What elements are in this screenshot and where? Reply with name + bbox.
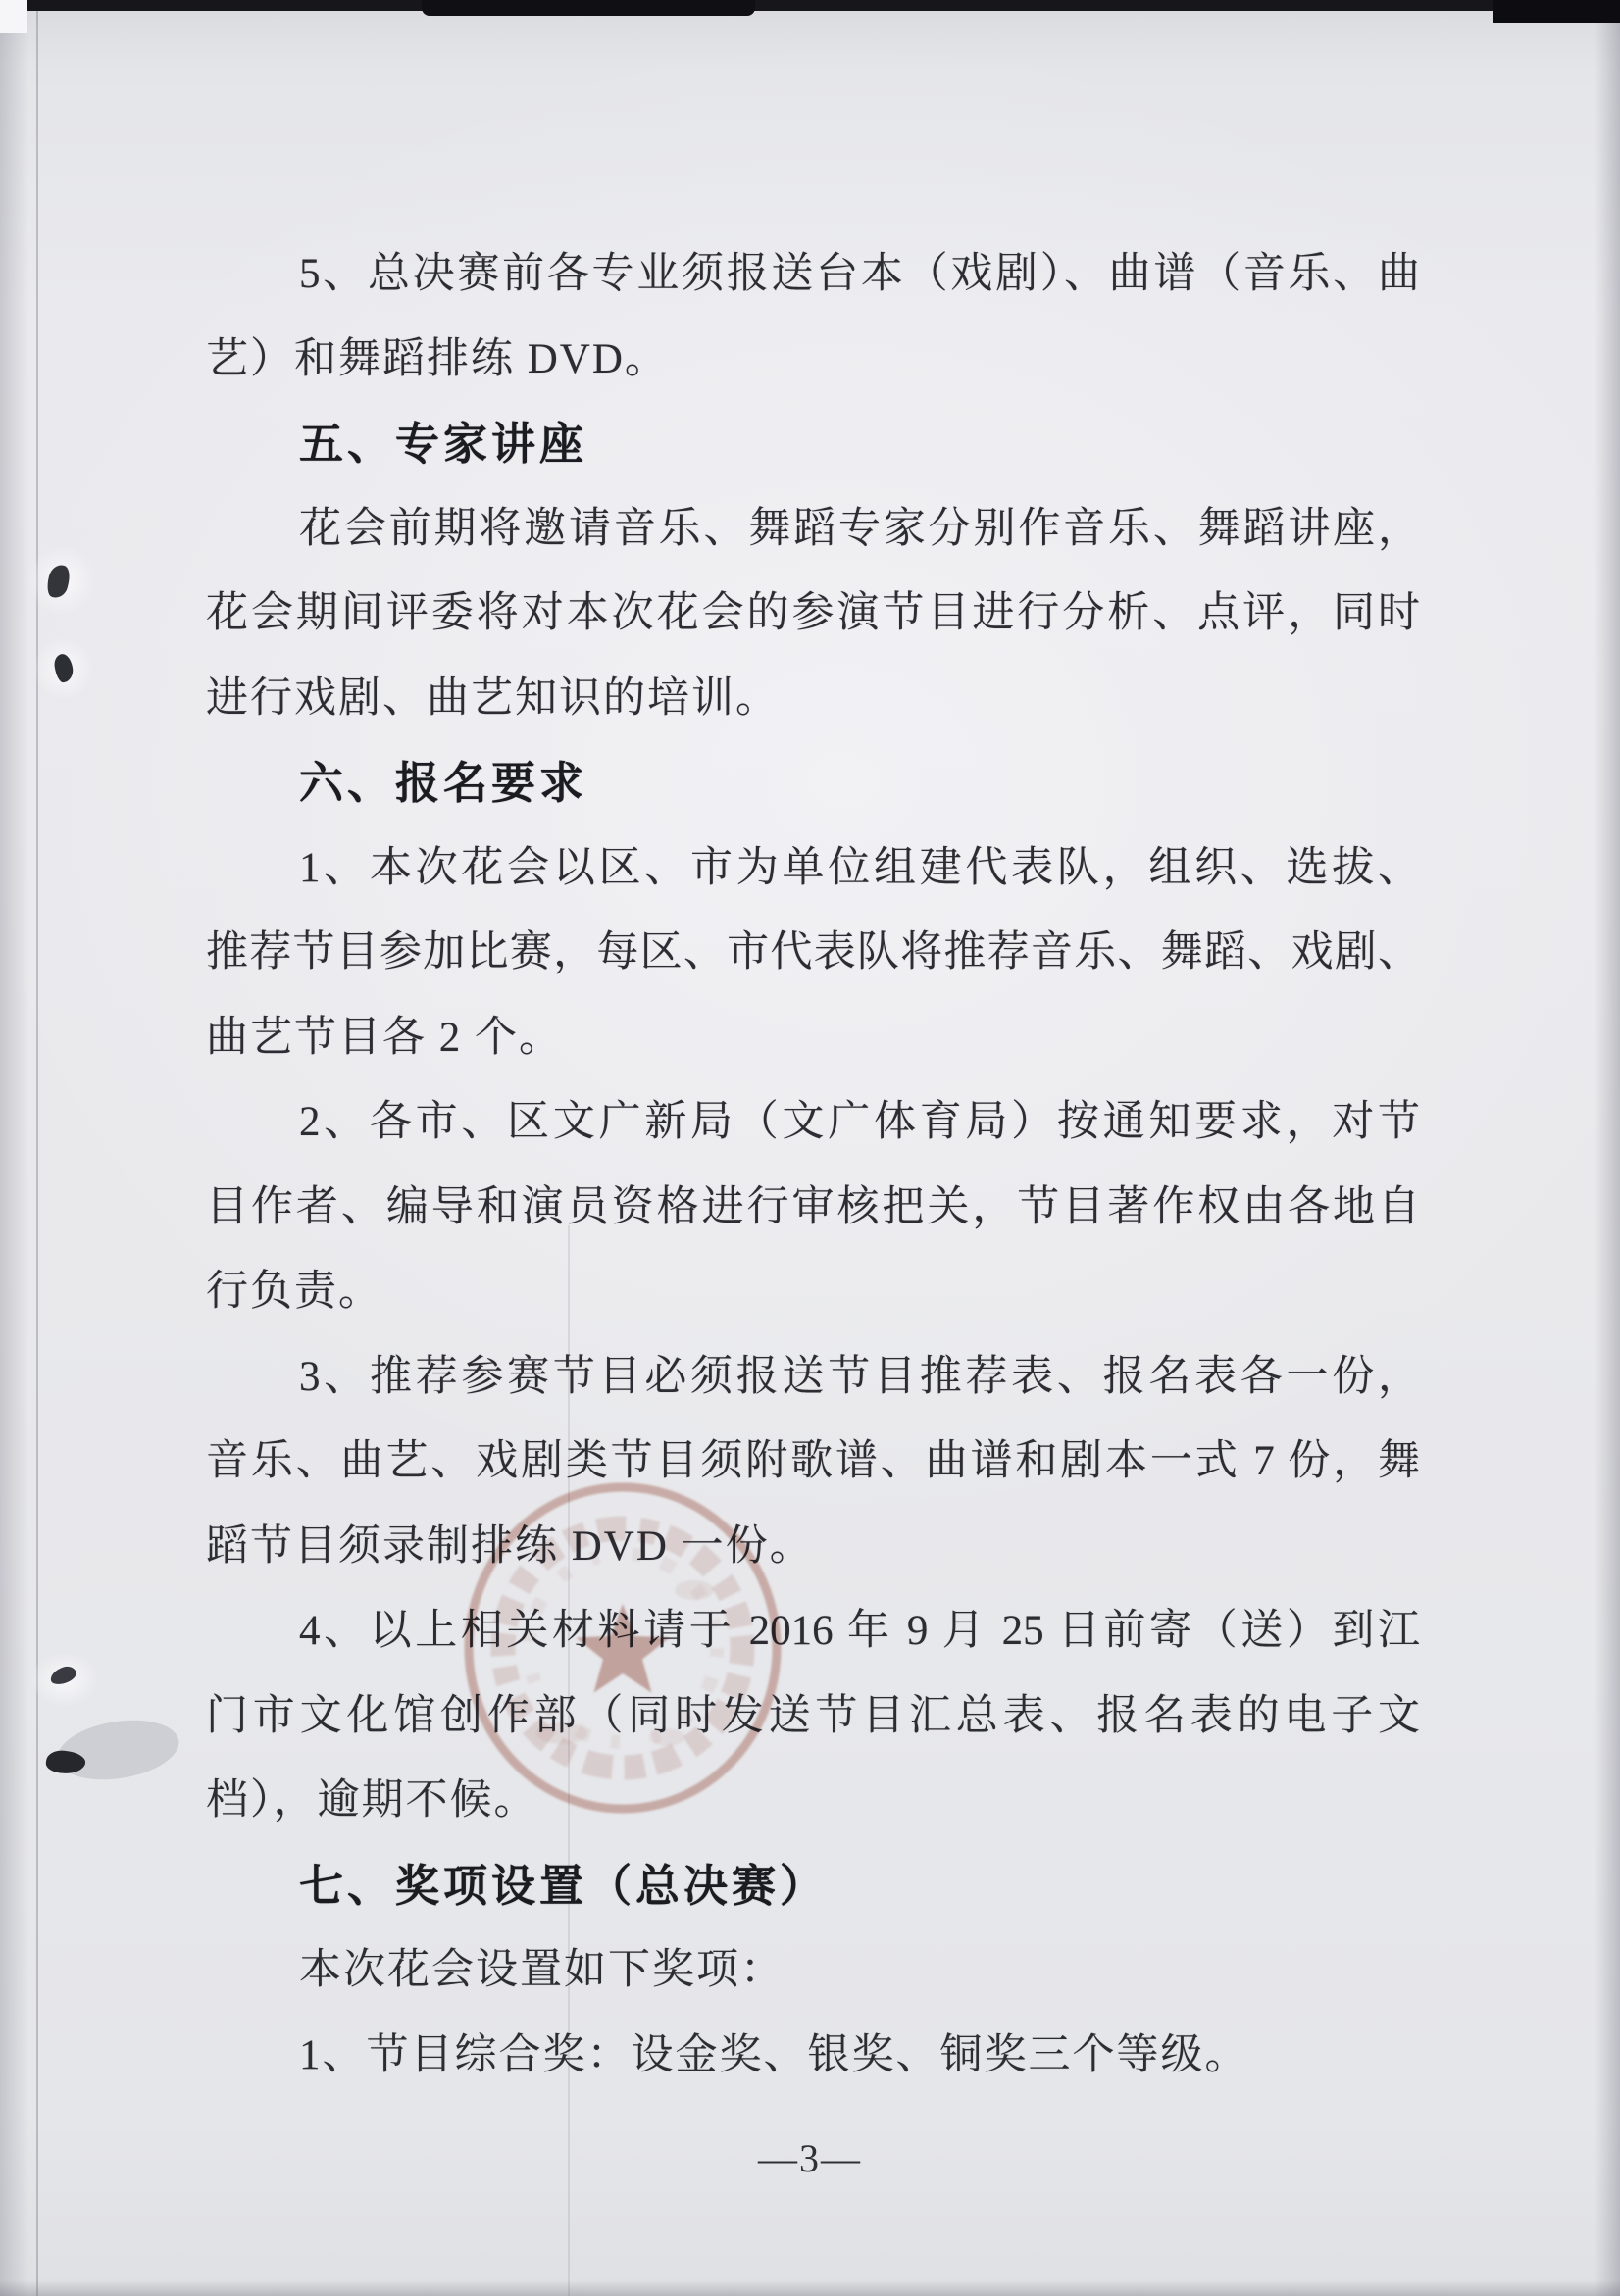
text-line: 推荐节目参加比赛，每区、市代表队将推荐音乐、舞蹈、戏剧、 (206, 923, 1420, 984)
text-line: 艺）和舞蹈排练 DVD。 (206, 330, 1420, 391)
text-line: 1、节目综合奖：设金奖、银奖、铜奖三个等级。 (206, 2026, 1420, 2087)
text-line: 本次花会设置如下奖项： (206, 1941, 1420, 2002)
text-line: 档），逾期不候。 (206, 1772, 1420, 1832)
text-line: 4、以上相关材料请于 2016 年 9 月 25 日前寄（送）到江 (206, 1602, 1420, 1663)
text-line: 3、推荐参赛节目必须报送节目推荐表、报名表各一份， (206, 1348, 1420, 1409)
text-line: 音乐、曲艺、戏剧类节目须附歌谱、曲谱和剧本一式 7 份，舞 (206, 1432, 1420, 1493)
section-heading: 六、报名要求 (206, 754, 1420, 815)
text-line: 曲艺节目各 2 个。 (206, 1009, 1420, 1070)
text-line: 行负责。 (206, 1263, 1420, 1323)
text-line: 花会前期将邀请音乐、舞蹈专家分别作音乐、舞蹈讲座， (206, 500, 1420, 561)
text-line: 目作者、编导和演员资格进行审核把关，节目著作权由各地自 (206, 1178, 1420, 1239)
section-heading: 七、奖项设置（总决赛） (206, 1857, 1420, 1918)
text-line: 1、本次花会以区、市为单位组建代表队，组织、选拔、 (206, 839, 1420, 900)
text-line: 进行戏剧、曲艺知识的培训。 (206, 670, 1420, 730)
text-line: 5、总决赛前各专业须报送台本（戏剧）、曲谱（音乐、曲 (206, 245, 1420, 306)
page-number: —3— (0, 2135, 1620, 2181)
text-line: 门市文化馆创作部（同时发送节目汇总表、报名表的电子文 (206, 1687, 1420, 1748)
document-text-body: 5、总决赛前各专业须报送台本（戏剧）、曲谱（音乐、曲艺）和舞蹈排练 DVD。五、… (0, 0, 1620, 2296)
text-line: 花会期间评委将对本次花会的参演节目进行分析、点评，同时 (206, 584, 1420, 645)
document-page: 5、总决赛前各专业须报送台本（戏剧）、曲谱（音乐、曲艺）和舞蹈排练 DVD。五、… (0, 0, 1620, 2296)
text-line: 蹈节目须录制排练 DVD 一份。 (206, 1518, 1420, 1578)
text-line: 2、各市、区文广新局（文广体育局）按通知要求，对节 (206, 1093, 1420, 1154)
section-heading: 五、专家讲座 (206, 415, 1420, 475)
